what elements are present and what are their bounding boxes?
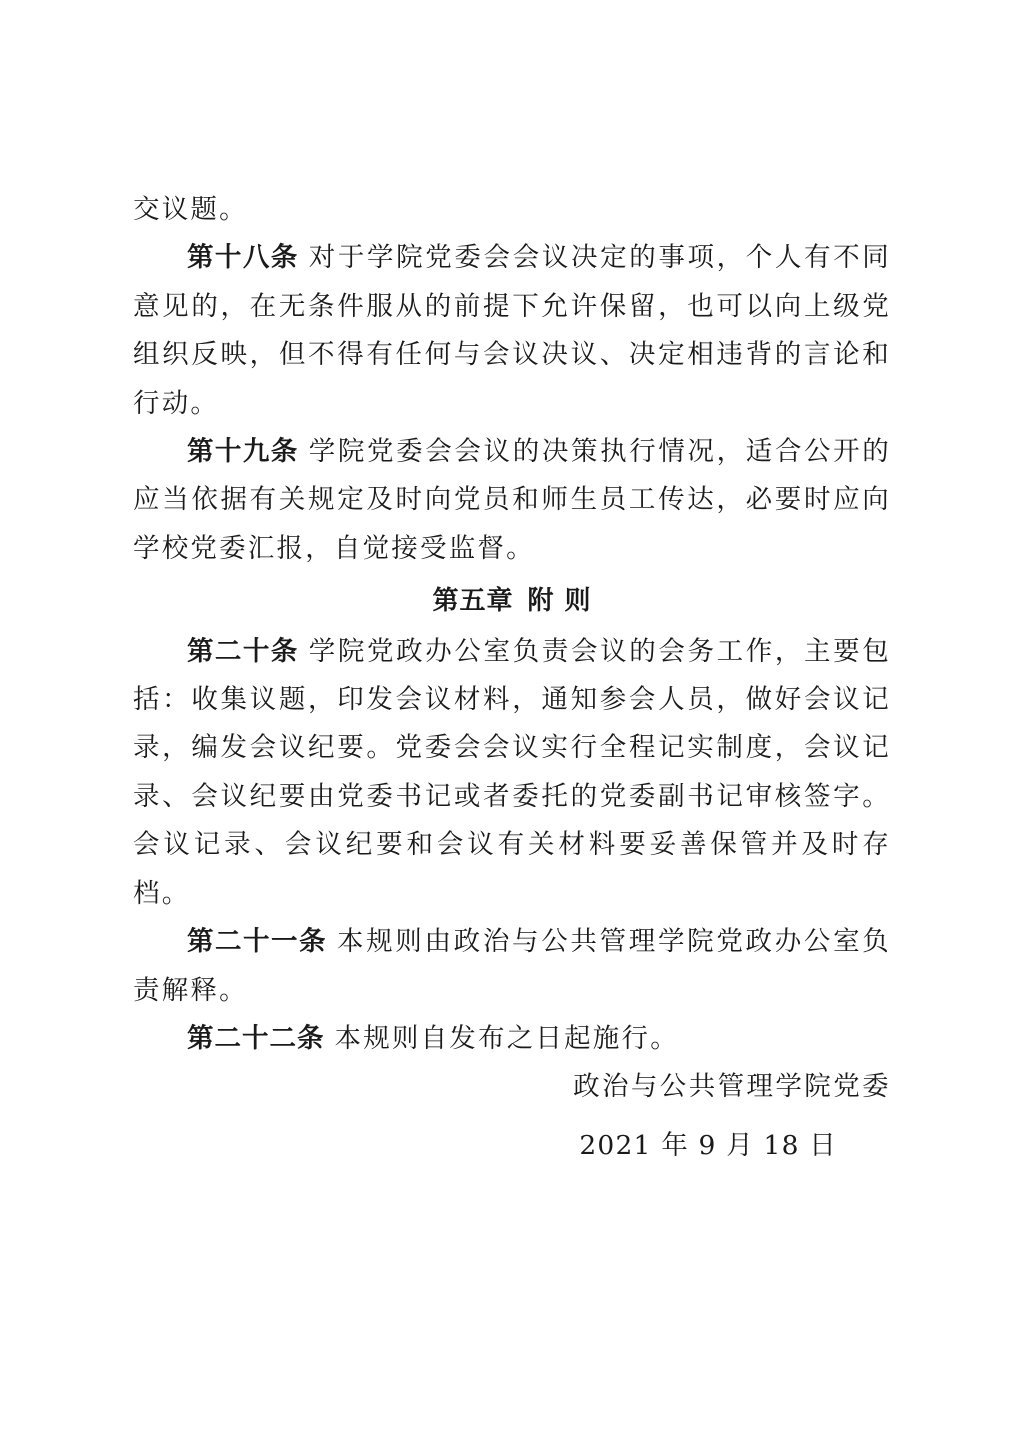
article-number: 第十九条	[187, 436, 299, 467]
paragraph-continuation: 交议题。	[133, 186, 891, 234]
chapter-title: 附 则	[527, 586, 591, 616]
article-text: 本规则自发布之日起施行。	[335, 1023, 679, 1054]
article-number: 第二十二条	[187, 1023, 325, 1054]
article-18: 第十八条对于学院党委会会议决定的事项，个人有不同意见的，在无条件服从的前提下允许…	[133, 234, 891, 428]
chapter-number: 第五章	[432, 586, 513, 616]
signature-organization: 政治与公共管理学院党委	[133, 1063, 891, 1111]
paragraph-text: 交议题。	[133, 194, 248, 225]
article-text: 学院党政办公室负责会议的会务工作，主要包括：收集议题，印发会议材料，通知参会人员…	[133, 636, 891, 909]
document-page: 交议题。 第十八条对于学院党委会会议决定的事项，个人有不同意见的，在无条件服从的…	[133, 186, 891, 1170]
article-19: 第十九条学院党委会会议的决策执行情况，适合公开的应当依据有关规定及时向党员和师生…	[133, 428, 891, 573]
article-number: 第二十条	[187, 636, 299, 667]
article-21: 第二十一条本规则由政治与公共管理学院党政办公室负责解释。	[133, 918, 891, 1015]
article-number: 第二十一条	[187, 926, 327, 957]
signature-date: 2021 年 9 月 18 日	[133, 1122, 837, 1170]
chapter-heading: 第五章附 则	[133, 577, 891, 625]
article-number: 第十八条	[187, 242, 299, 273]
article-20: 第二十条学院党政办公室负责会议的会务工作，主要包括：收集议题，印发会议材料，通知…	[133, 628, 891, 918]
article-22: 第二十二条本规则自发布之日起施行。	[133, 1015, 891, 1063]
